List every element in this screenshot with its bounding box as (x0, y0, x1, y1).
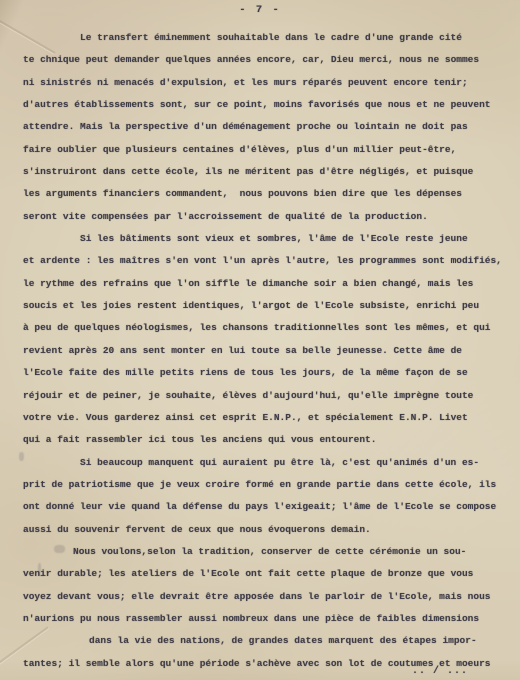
paragraph-ame-ecole: Si les bâtiments sont vieux et sombres, … (23, 228, 512, 451)
text-line: Si beaucoup manquent qui auraient pu êtr… (23, 452, 512, 474)
text-line: voyez devant vous; elle devrait être app… (23, 586, 512, 608)
paragraph-plaque-bronze: Nous voulons,selon la tradition, conserv… (23, 541, 512, 630)
text-line: revient après 20 ans sent monter en lui … (23, 340, 512, 362)
text-line: dans la vie des nations, de grandes date… (23, 630, 512, 652)
text-line: attendre. Mais la perspective d'un démén… (23, 116, 512, 138)
paragraph-transfert: Le transfert éminemment souhaitable dans… (23, 27, 512, 228)
continuation-mark: .. / ... (412, 666, 468, 677)
text-line: n'aurions pu nous rassembler aussi nombr… (23, 608, 512, 630)
text-line: et ardente : les maîtres s'en vont l'un … (23, 250, 512, 272)
text-line: te chnique peut demander quelques années… (23, 49, 512, 71)
page-number: - 7 - (0, 4, 520, 16)
text-line: à peu de quelques néologismes, les chans… (23, 317, 512, 339)
text-line: les arguments financiers commandent, nou… (23, 183, 512, 205)
text-line: venir durable; les ateliers de l'Ecole o… (23, 563, 512, 585)
text-line: prit de patriotisme que je veux croire f… (23, 474, 512, 496)
paragraph-patriotisme: Si beaucoup manquent qui auraient pu êtr… (23, 452, 512, 541)
document-body: Le transfert éminemment souhaitable dans… (23, 27, 512, 675)
text-line: ni sinistrés ni menacés d'expulsion, et … (23, 72, 512, 94)
text-line: l'Ecole faite des mille petits riens de … (23, 362, 512, 384)
scanned-page: - 7 - Le transfert éminemment souhaitabl… (0, 0, 520, 680)
text-line: faire oublier que plusieurs centaines d'… (23, 139, 512, 161)
text-line: votre vie. Vous garderez ainsi cet espri… (23, 407, 512, 429)
text-line: seront vite compensées par l'accroisseme… (23, 206, 512, 228)
text-line: le rythme des refrains que l'on siffle l… (23, 273, 512, 295)
text-line: soucis et les joies restent identiques, … (23, 295, 512, 317)
text-line: Nous voulons,selon la tradition, conserv… (23, 541, 512, 563)
text-line: réjouir et de peiner, je souhaite, élève… (23, 385, 512, 407)
text-line: aussi du souvenir fervent de ceux que no… (23, 519, 512, 541)
text-line: ont donné leur vie quand la défense du p… (23, 496, 512, 518)
text-line: Le transfert éminemment souhaitable dans… (23, 27, 512, 49)
text-line: Si les bâtiments sont vieux et sombres, … (23, 228, 512, 250)
text-line: qui a fait rassembler ici tous les ancie… (23, 429, 512, 451)
text-line: s'instruiront dans cette école, ils ne m… (23, 161, 512, 183)
text-line: d'autres établissements sont, sur ce poi… (23, 94, 512, 116)
